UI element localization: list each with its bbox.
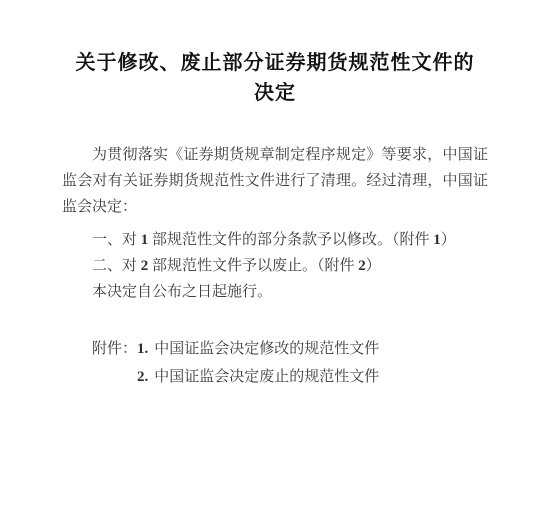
attachments-block: 附件：1.中国证监会决定修改的规范性文件 2.中国证监会决定废止的规范性文件 (62, 336, 488, 390)
decision-item-2-text: 二、对 (92, 258, 141, 274)
intro-paragraph: 为贯彻落实《证券期货规章制定程序规定》等要求，中国证监会对有关证券期货规范性文件… (62, 142, 488, 220)
document-page: 关于修改、废止部分证券期货规范性文件的 决定 为贯彻落实《证券期货规章制定程序规… (0, 0, 550, 507)
title-line-2: 决定 (254, 82, 296, 104)
decision-item-2-text-3: ） (366, 258, 381, 274)
attachment-item-1: 附件：1.中国证监会决定修改的规范性文件 (62, 336, 488, 362)
attachments-label: 附件： (92, 341, 137, 357)
effective-date-line: 本决定自公布之日起施行。 (62, 279, 488, 305)
attachment-text-1: 中国证监会决定修改的规范性文件 (154, 341, 379, 357)
title-line-1: 关于修改、废止部分证券期货规范性文件的 (76, 52, 475, 74)
document-body: 为贯彻落实《证券期货规章制定程序规定》等要求，中国证监会对有关证券期货规范性文件… (62, 142, 488, 390)
decision-item-1-appendix-number: 1 (433, 232, 441, 248)
attachment-number-2: 2. (137, 369, 148, 385)
decision-item-2-text-2: 部规范性文件予以废止。（附件 (148, 258, 358, 274)
decision-item-2: 二、对 2 部规范性文件予以废止。（附件 2） (62, 253, 488, 279)
decision-item-2-appendix-number: 2 (358, 258, 366, 274)
decision-item-1-text-3: ） (441, 232, 456, 248)
decision-item-1-text: 一、对 (92, 232, 141, 248)
attachment-item-2: 2.中国证监会决定废止的规范性文件 (62, 364, 488, 390)
decision-item-1: 一、对 1 部规范性文件的部分条款予以修改。（附件 1） (62, 227, 488, 253)
attachment-number-1: 1. (137, 341, 148, 357)
decision-item-1-text-2: 部规范性文件的部分条款予以修改。（附件 (148, 232, 433, 248)
attachment-text-2: 中国证监会决定废止的规范性文件 (154, 369, 379, 385)
document-title: 关于修改、废止部分证券期货规范性文件的 决定 (62, 48, 488, 108)
